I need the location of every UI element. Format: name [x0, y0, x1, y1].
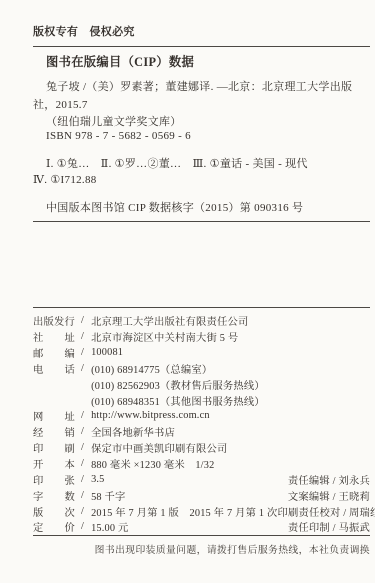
publishing-row-website: 网 址/http://www.bitpress.com.cn [33, 408, 370, 424]
publishing-row-distribution: 经 销/全国各地新华书店 [33, 424, 370, 440]
publishing-row-format: 开 本/880 毫米 ×1230 毫米 1/32 [33, 456, 370, 472]
row-label: 版 次 [33, 504, 78, 519]
row-separator: / [81, 347, 84, 358]
row-label: 网 址 [33, 408, 78, 423]
row-label: 开 本 [33, 456, 78, 471]
cip-classification-line2: Ⅳ. ①I712.88 [33, 173, 97, 186]
row-label: 社 址 [33, 329, 78, 344]
row-label: 印 刷 [33, 440, 78, 455]
row-value: 100081 [91, 347, 123, 358]
cip-record-number: 中国版本图书馆 CIP 数据核字（2015）第 090316 号 [46, 199, 303, 215]
cip-entry-line1: 兔子坡 /（美）罗素著；董建娜译. —北京：北京理工大学出版 [46, 78, 352, 94]
publishing-row-phone: 电 话/(010) 68914775（总编室） [33, 361, 370, 377]
colophon-page: 版权专有 侵权必究 图书在版编目（CIP）数据 兔子坡 /（美）罗素著；董建娜译… [0, 0, 375, 583]
cip-classification-line1: Ⅰ. ①兔… Ⅱ. ①罗…②董… Ⅲ. ①童话 - 美国 - 现代 [46, 155, 308, 171]
staff-credit-editor: 责任编辑 / 刘永兵 [288, 472, 370, 487]
quality-note: 图书出现印装质量问题，请拨打售后服务热线，本社负责调换 [95, 542, 370, 556]
row-value: 3.5 [91, 474, 104, 485]
row-separator: / [81, 458, 84, 469]
row-value: 15.00 元 [91, 519, 128, 534]
cip-entry-line2: 社，2015.7 [33, 96, 88, 112]
row-separator: / [81, 426, 84, 437]
row-value: (010) 82562903（教材售后服务热线） [91, 377, 265, 392]
divider-publishing-top [33, 307, 370, 308]
row-label: 定 价 [33, 519, 78, 534]
row-separator: / [81, 315, 84, 326]
row-separator: / [81, 331, 84, 342]
row-separator: / [81, 490, 84, 501]
cip-isbn: ISBN 978 - 7 - 5682 - 0569 - 6 [46, 130, 191, 142]
divider-bottom [33, 535, 370, 536]
row-separator: / [81, 442, 84, 453]
row-value: 全国各地新华书店 [91, 424, 175, 439]
publishing-row-publisher: 出版发行/北京理工大学出版社有限责任公司 [33, 313, 370, 329]
row-label: 印 张 [33, 472, 78, 487]
row-value: http://www.bitpress.com.cn [91, 410, 210, 421]
cip-heading: 图书在版编目（CIP）数据 [46, 52, 194, 70]
copyright-warning: 版权专有 侵权必究 [33, 23, 135, 39]
row-value: (010) 68948351（其他图书服务热线） [91, 393, 265, 408]
row-value: 保定市中画美凯印刷有限公司 [91, 440, 227, 455]
publishing-row-printer: 印 刷/保定市中画美凯印刷有限公司 [33, 440, 370, 456]
row-value: 58 千字 [91, 488, 125, 503]
row-label: 出版发行 [33, 313, 78, 328]
publishing-info: 出版发行/北京理工大学出版社有限责任公司 社 址/北京市海淀区中关村南大街 5 … [33, 313, 370, 535]
publishing-row-edition: 版 次/2015 年 7 月第 1 版 2015 年 7 月第 1 次印刷 责任… [33, 503, 370, 519]
row-value: 880 毫米 ×1230 毫米 1/32 [91, 456, 214, 471]
row-separator: / [81, 474, 84, 485]
publishing-row-phone2: /(010) 82562903（教材售后服务热线） [33, 376, 370, 392]
row-separator: / [81, 506, 84, 517]
row-separator: / [81, 363, 84, 374]
row-label: 经 销 [33, 424, 78, 439]
staff-credit-print-supervisor: 责任印制 / 马振武 [288, 519, 370, 534]
row-label: 电 话 [33, 361, 78, 376]
publishing-row-price: 定 价/15.00 元 责任印制 / 马振武 [33, 519, 370, 535]
row-value: 北京市海淀区中关村南大街 5 号 [91, 329, 238, 344]
publishing-row-wordcount: 字 数/58 千字 文案编辑 / 王晓莉 [33, 487, 370, 503]
cip-series-note: （纽伯瑞儿童文学奖文库） [46, 113, 182, 129]
divider-top [33, 46, 370, 47]
divider-cip-bottom [33, 221, 370, 222]
row-separator: / [81, 521, 84, 532]
row-label: 字 数 [33, 488, 78, 503]
row-value: (010) 68914775（总编室） [91, 361, 212, 376]
row-value: 北京理工大学出版社有限责任公司 [91, 313, 248, 328]
publishing-row-address: 社 址/北京市海淀区中关村南大街 5 号 [33, 329, 370, 345]
row-value: 2015 年 7 月第 1 版 2015 年 7 月第 1 次印刷 [91, 504, 298, 519]
staff-credit-proofreader: 责任校对 / 周瑞红 [298, 504, 375, 519]
publishing-row-phone3: /(010) 68948351（其他图书服务热线） [33, 392, 370, 408]
publishing-row-postcode: 邮 编/100081 [33, 345, 370, 361]
staff-credit-copy-editor: 文案编辑 / 王晓莉 [288, 488, 370, 503]
row-separator: / [81, 410, 84, 421]
publishing-row-sheets: 印 张/3.5 责任编辑 / 刘永兵 [33, 471, 370, 487]
row-label: 邮 编 [33, 345, 78, 360]
